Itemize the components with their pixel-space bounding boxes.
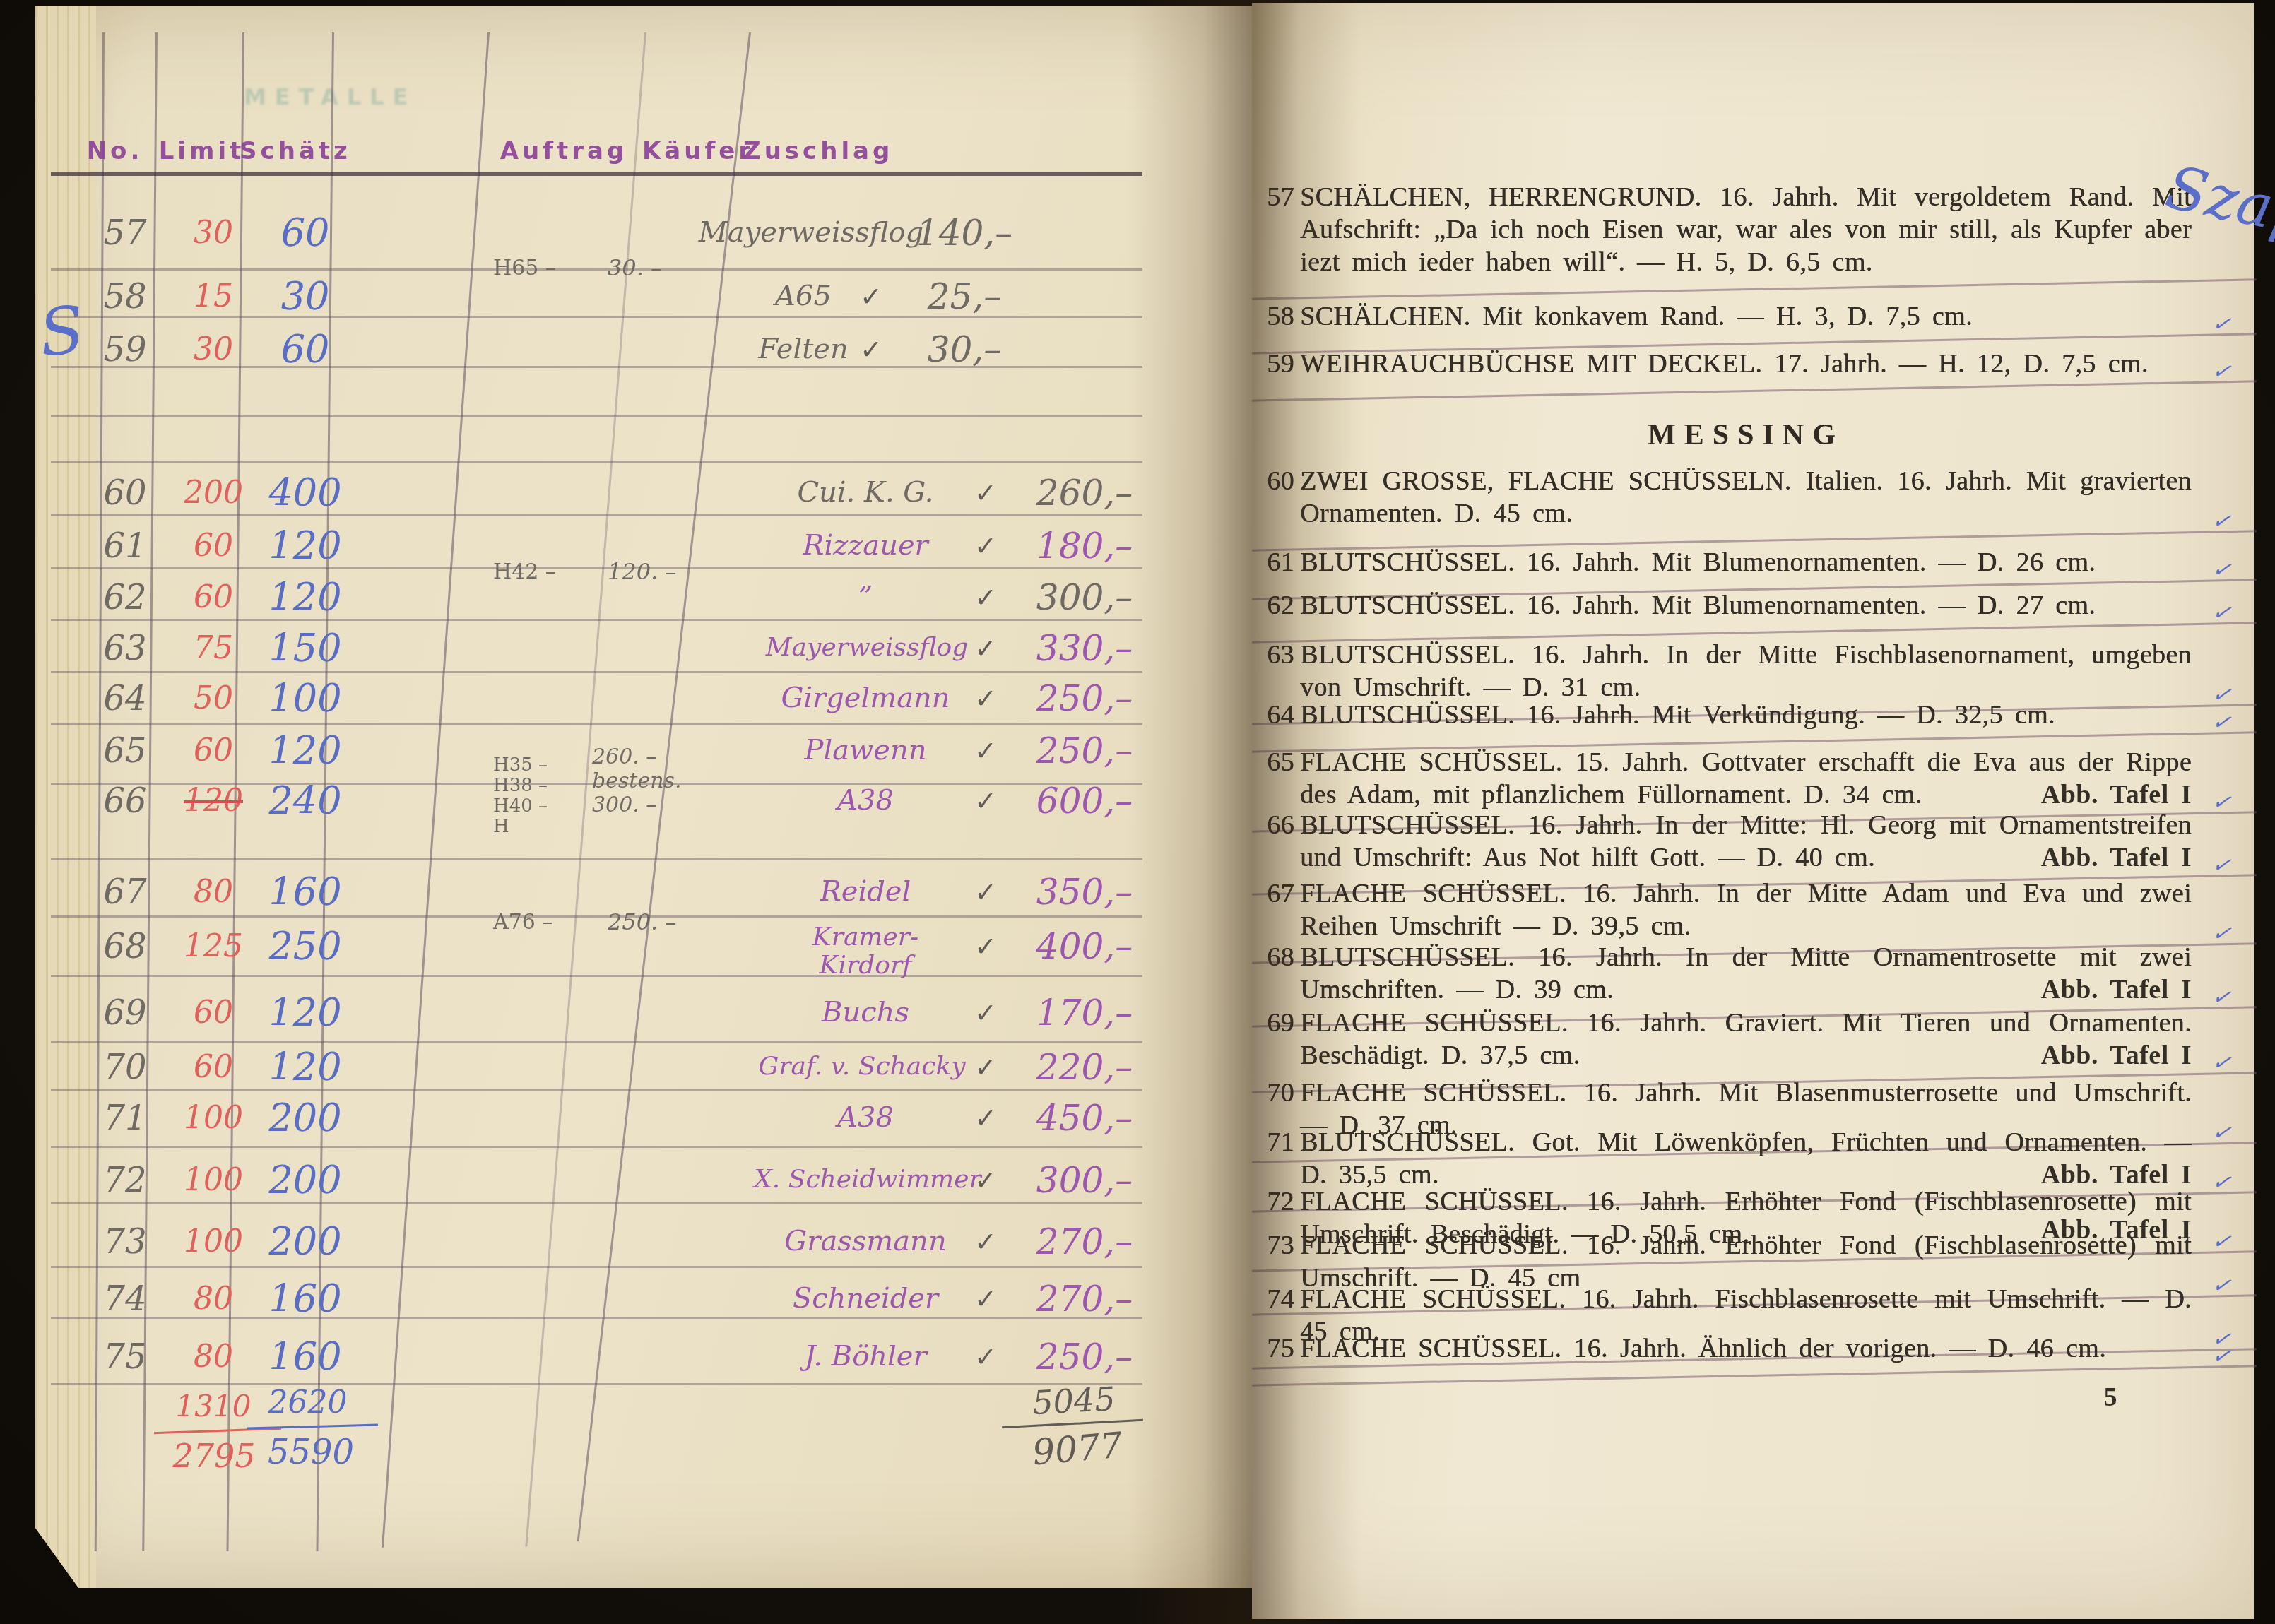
estimate-value: 200 <box>246 1093 365 1143</box>
ledger-row-58: 58 15 30 H65 – 30. – A65 ✓ 25,– <box>35 272 1272 328</box>
margin-check-icon: ✓ <box>2209 503 2233 538</box>
lot-number: 58 <box>83 272 167 321</box>
entry-number: 71 <box>1262 1126 1294 1158</box>
ledger-row-68: 68 125 250 A76 – 250. – Kramer- Kirdorf … <box>35 922 1272 978</box>
margin-check-icon: ✓ <box>2209 595 2233 630</box>
row-rule <box>51 461 1142 463</box>
entry-number: 74 <box>1262 1283 1294 1315</box>
ledger-row-73: 73 100 200 Grassmann ✓ 270,– <box>35 1217 1272 1274</box>
entry-number: 69 <box>1262 1007 1294 1039</box>
entry-number: 67 <box>1262 877 1294 910</box>
entry-text: BLUTSCHÜSSEL. 16. Jahrh. In der Mitte Fi… <box>1300 640 2192 702</box>
hammer-price: 25,– <box>876 272 1053 321</box>
entry-text: SCHÄLCHEN, HERRENGRUND. 16. Jahrh. Mit v… <box>1300 182 2192 277</box>
entry-number: 59 <box>1262 348 1294 380</box>
plate-reference: Abb. Tafel I <box>2041 841 2192 874</box>
buyer-name: A38 <box>763 1102 968 1133</box>
catalog-entry-58: 58 SCHÄLCHEN. Mit konkavem Rand. — H. 3,… <box>1300 300 2192 333</box>
margin-check-icon: ✓ <box>2209 1164 2233 1199</box>
entry-text: FLACHE SCHÜSSEL. 16. Jahrh. Ähnlich der … <box>1300 1334 2106 1363</box>
hammer-price: 220,– <box>996 1043 1173 1092</box>
buyer-name: Reidel <box>763 876 968 907</box>
hammer-price: 250,– <box>996 1332 1173 1382</box>
estimate-value: 160 <box>246 1274 365 1324</box>
estimate-value: 160 <box>246 1332 365 1382</box>
ledger-row-59: 59 30 60 Felten ✓ 30,– <box>35 325 1272 381</box>
hammer-price: 450,– <box>996 1093 1173 1143</box>
buyer-name: J. Böhler <box>763 1341 968 1372</box>
margin-check-icon: ✓ <box>2209 552 2233 587</box>
order-amount: 250. – <box>608 909 770 935</box>
lot-number: 69 <box>83 988 167 1038</box>
estimate-value: 60 <box>246 325 365 374</box>
margin-check-icon: ✓ <box>2209 306 2233 341</box>
ledger-row-74: 74 80 160 Schneider ✓ 270,– <box>35 1274 1272 1331</box>
hammer-price: 350,– <box>996 867 1173 917</box>
order-amount: 260. – bestens. 300. – <box>592 745 755 817</box>
ledger-row-71: 71 100 200 A38 ✓ 450,– <box>35 1093 1272 1150</box>
entry-number: 61 <box>1262 546 1294 579</box>
hammer-price: 330,– <box>996 624 1173 673</box>
plate-reference: Abb. Tafel I <box>2041 778 2192 811</box>
estimate-value: 400 <box>246 468 365 518</box>
hammer-subtotal: 5045 <box>988 1377 1159 1424</box>
hammer-price: 270,– <box>996 1274 1173 1324</box>
hammer-price: 30,– <box>876 325 1053 374</box>
ledger-row-70: 70 60 120 Graf. v. Schacky ✓ 220,– <box>35 1043 1272 1099</box>
lot-number: 73 <box>83 1217 167 1267</box>
catalog-entry-62: 62 BLUTSCHÜSSEL. 16. Jahrh. Mit Blumenor… <box>1300 589 2192 622</box>
estimate-value: 120 <box>246 521 365 571</box>
hammer-grand-total: 9077 <box>991 1421 1164 1477</box>
ledger-row-69: 69 60 120 Buchs ✓ 170,– <box>35 988 1272 1045</box>
hammer-price: 250,– <box>996 674 1173 723</box>
lot-number: 57 <box>83 208 167 258</box>
lot-number: 75 <box>83 1332 167 1382</box>
catalog-entry-75: 75 FLACHE SCHÜSSEL. 16. Jahrh. Ähnlich d… <box>1300 1332 2192 1365</box>
hammer-price: 250,– <box>996 726 1173 776</box>
entry-number: 66 <box>1262 809 1294 841</box>
column-header-auftrag: Auftrag <box>493 137 634 165</box>
margin-check-icon: ✓ <box>2209 1115 2233 1150</box>
buyer-name: Cui. K. G. <box>763 477 968 508</box>
buyer-name: Girgelmann <box>763 682 968 713</box>
buyer-name: Buchs <box>763 997 968 1028</box>
estimate-value: 100 <box>246 674 365 723</box>
estimate-value: 120 <box>246 573 365 622</box>
entry-number: 70 <box>1262 1077 1294 1109</box>
estimate-value: 250 <box>246 922 365 971</box>
ledger-row-64: 64 50 100 Girgelmann ✓ 250,– <box>35 674 1272 730</box>
order-amount: 30. – <box>608 255 770 280</box>
catalog-entry-57: 57 SCHÄLCHEN, HERRENGRUND. 16. Jahrh. Mi… <box>1300 181 2192 278</box>
entry-text: BLUTSCHÜSSEL. 16. Jahrh. Mit Blumenornam… <box>1300 547 2096 577</box>
buyer-name: X. Scheidwimmer <box>747 1164 988 1195</box>
margin-check-icon: ✓ <box>2209 704 2233 740</box>
entry-number: 63 <box>1262 639 1294 671</box>
lot-number: 71 <box>83 1093 167 1143</box>
hammer-price: 170,– <box>996 988 1173 1038</box>
catalog-entry-61: 61 BLUTSCHÜSSEL. 16. Jahrh. Mit Blumenor… <box>1300 546 2192 579</box>
hammer-price: 300,– <box>996 573 1173 622</box>
margin-check-icon: ✓ <box>2209 915 2233 951</box>
estimate-value: 120 <box>246 988 365 1038</box>
hammer-price: 140,– <box>876 208 1053 258</box>
buyer-name: Schneider <box>763 1283 968 1314</box>
entry-number: 64 <box>1262 699 1294 731</box>
entry-number: 65 <box>1262 746 1294 778</box>
ledger-row-66: 66 120 240 H35 – H38 – H40 – H 260. – be… <box>35 776 1272 833</box>
entry-text: BLUTSCHÜSSEL. 16. Jahrh. Mit Blumenornam… <box>1300 591 2096 620</box>
entry-text: BLUTSCHÜSSEL. 16. Jahrh. Mit Verkündigun… <box>1300 700 2055 730</box>
lot-number: 65 <box>83 726 167 776</box>
page-number: 5 <box>2086 1382 2135 1413</box>
entry-text: WEIHRAUCHBÜCHSE MIT DECKEL. 17. Jahrh. —… <box>1300 349 2149 379</box>
lot-number: 60 <box>83 468 167 518</box>
catalog-entry-64: 64 BLUTSCHÜSSEL. 16. Jahrh. Mit Verkündi… <box>1300 699 2192 731</box>
catalog-entry-63: 63 BLUTSCHÜSSEL. 16. Jahrh. In der Mitte… <box>1300 639 2192 704</box>
estimate-value: 30 <box>246 272 365 321</box>
column-header-no: No. <box>74 137 155 165</box>
ledger-page: METALLE S No. Limit S <box>35 6 1272 1588</box>
catalog-entry-69: 69 FLACHE SCHÜSSEL. 16. Jahrh. Graviert.… <box>1300 1007 2192 1072</box>
order-amount: 120. – <box>608 559 770 584</box>
ledger-row-72: 72 100 200 X. Scheidwimmer ✓ 300,– <box>35 1156 1272 1212</box>
lot-number: 61 <box>83 521 167 571</box>
bleed-through-text: METALLE <box>244 83 416 110</box>
estimate-value: 60 <box>246 208 365 258</box>
entry-number: 75 <box>1262 1332 1294 1365</box>
lot-number: 63 <box>83 624 167 673</box>
entry-number: 62 <box>1262 589 1294 622</box>
lot-number: 59 <box>83 325 167 374</box>
auction-ledger-book-photo: METALLE S No. Limit S <box>0 0 2275 1624</box>
estimate-value: 200 <box>246 1217 365 1267</box>
ledger-row-62: 62 60 120 H42 – 120. – ” ✓ 300,– <box>35 573 1272 629</box>
entry-text: FLACHE SCHÜSSEL. 16. Jahrh. In der Mitte… <box>1300 879 2192 941</box>
entry-number: 60 <box>1262 465 1294 497</box>
margin-check-icon: ✓ <box>2209 847 2233 882</box>
buyer-ditto-mark: ” <box>763 581 968 612</box>
entry-number: 58 <box>1262 300 1294 333</box>
total-underline <box>247 1424 378 1430</box>
entry-number: 72 <box>1262 1185 1294 1218</box>
buyer-name: Plawenn <box>763 735 968 766</box>
buyer-name: Mayerweissflog <box>750 632 983 663</box>
hammer-price: 180,– <box>996 521 1173 571</box>
ledger-row-60: 60 200 400 Cui. K. G. ✓ 260,– <box>35 468 1272 525</box>
buyer-name: Graf. v. Schacky <box>742 1051 982 1082</box>
estimate-subtotal: 2620 <box>246 1385 370 1421</box>
buyer-name: Grassmann <box>763 1226 968 1257</box>
buyer-name: Kramer- Kirdorf <box>763 923 968 980</box>
hammer-price: 300,– <box>996 1156 1173 1205</box>
entry-text: SCHÄLCHEN. Mit konkavem Rand. — H. 3, D.… <box>1300 302 1973 331</box>
estimate-value: 120 <box>246 1043 365 1092</box>
hammer-price: 270,– <box>996 1217 1173 1267</box>
entry-number: 57 <box>1262 181 1294 213</box>
catalog-entry-65: 65 FLACHE SCHÜSSEL. 15. Jahrh. Gottvater… <box>1300 746 2192 811</box>
lot-number: 68 <box>83 922 167 971</box>
buyer-name: A38 <box>763 785 968 816</box>
column-header-schatz: Schätz <box>239 137 352 165</box>
column-header-kaufer: Käufer <box>634 137 762 165</box>
catalog-entry-59: 59 WEIHRAUCHBÜCHSE MIT DECKEL. 17. Jahrh… <box>1300 348 2192 380</box>
header-rule <box>51 172 1142 176</box>
margin-check-icon: ✓ <box>2209 784 2233 819</box>
lot-number: 62 <box>83 573 167 622</box>
margin-check-icon: ✓ <box>2209 1338 2233 1373</box>
lot-number: 70 <box>83 1043 167 1092</box>
hammer-price: 400,– <box>996 922 1173 971</box>
estimate-value: 200 <box>246 1156 365 1205</box>
lot-number: 72 <box>83 1156 167 1205</box>
lot-number: 67 <box>83 867 167 917</box>
lot-number: 64 <box>83 674 167 723</box>
estimate-grand-total: 5590 <box>247 1433 374 1472</box>
column-header-zuschlag: Zuschlag <box>743 137 877 165</box>
buyer-name: Rizzauer <box>763 530 968 561</box>
catalog-entry-71: 71 BLUTSCHÜSSEL. Got. Mit Löwenköpfen, F… <box>1300 1126 2192 1191</box>
plate-reference: Abb. Tafel I <box>2041 1039 2192 1072</box>
estimate-value: 160 <box>246 867 365 917</box>
row-rule <box>51 858 1142 860</box>
entry-number: 68 <box>1262 941 1294 973</box>
entry-text: ZWEI GROSSE, FLACHE SCHÜSSELN. Italien. … <box>1300 466 2192 528</box>
estimate-value: 150 <box>246 624 365 673</box>
catalog-entry-68: 68 BLUTSCHÜSSEL. 16. Jahrh. In der Mitte… <box>1300 941 2192 1006</box>
margin-check-icon: ✓ <box>2209 1223 2233 1259</box>
ledger-row-63: 63 75 150 Mayerweissflog ✓ 330,– <box>35 624 1272 680</box>
hammer-price: 260,– <box>996 468 1173 518</box>
margin-check-icon: ✓ <box>2209 979 2233 1014</box>
section-title: MESSING <box>1300 418 2192 452</box>
margin-check-icon: ✓ <box>2209 1045 2233 1080</box>
margin-check-icon: ✓ <box>2209 1267 2233 1303</box>
catalog-entry-60: 60 ZWEI GROSSE, FLACHE SCHÜSSELN. Italie… <box>1300 465 2192 530</box>
row-rule <box>51 415 1142 417</box>
catalog-entry-66: 66 BLUTSCHÜSSEL. 16. Jahrh. In der Mitte… <box>1300 809 2192 874</box>
catalog-entry-67: 67 FLACHE SCHÜSSEL. 16. Jahrh. In der Mi… <box>1300 877 2192 942</box>
lot-number: 66 <box>83 776 167 826</box>
estimate-value: 240 <box>246 776 365 826</box>
entry-number: 73 <box>1262 1229 1294 1262</box>
lot-number: 74 <box>83 1274 167 1324</box>
catalog-page: Szapary 57 SCHÄLCHEN, HERRENGRUND. 16. J… <box>1252 3 2254 1619</box>
estimate-value: 120 <box>246 726 365 776</box>
hammer-price: 600,– <box>996 776 1173 826</box>
plate-reference: Abb. Tafel I <box>2041 973 2192 1006</box>
margin-check-icon: ✓ <box>2209 353 2233 389</box>
